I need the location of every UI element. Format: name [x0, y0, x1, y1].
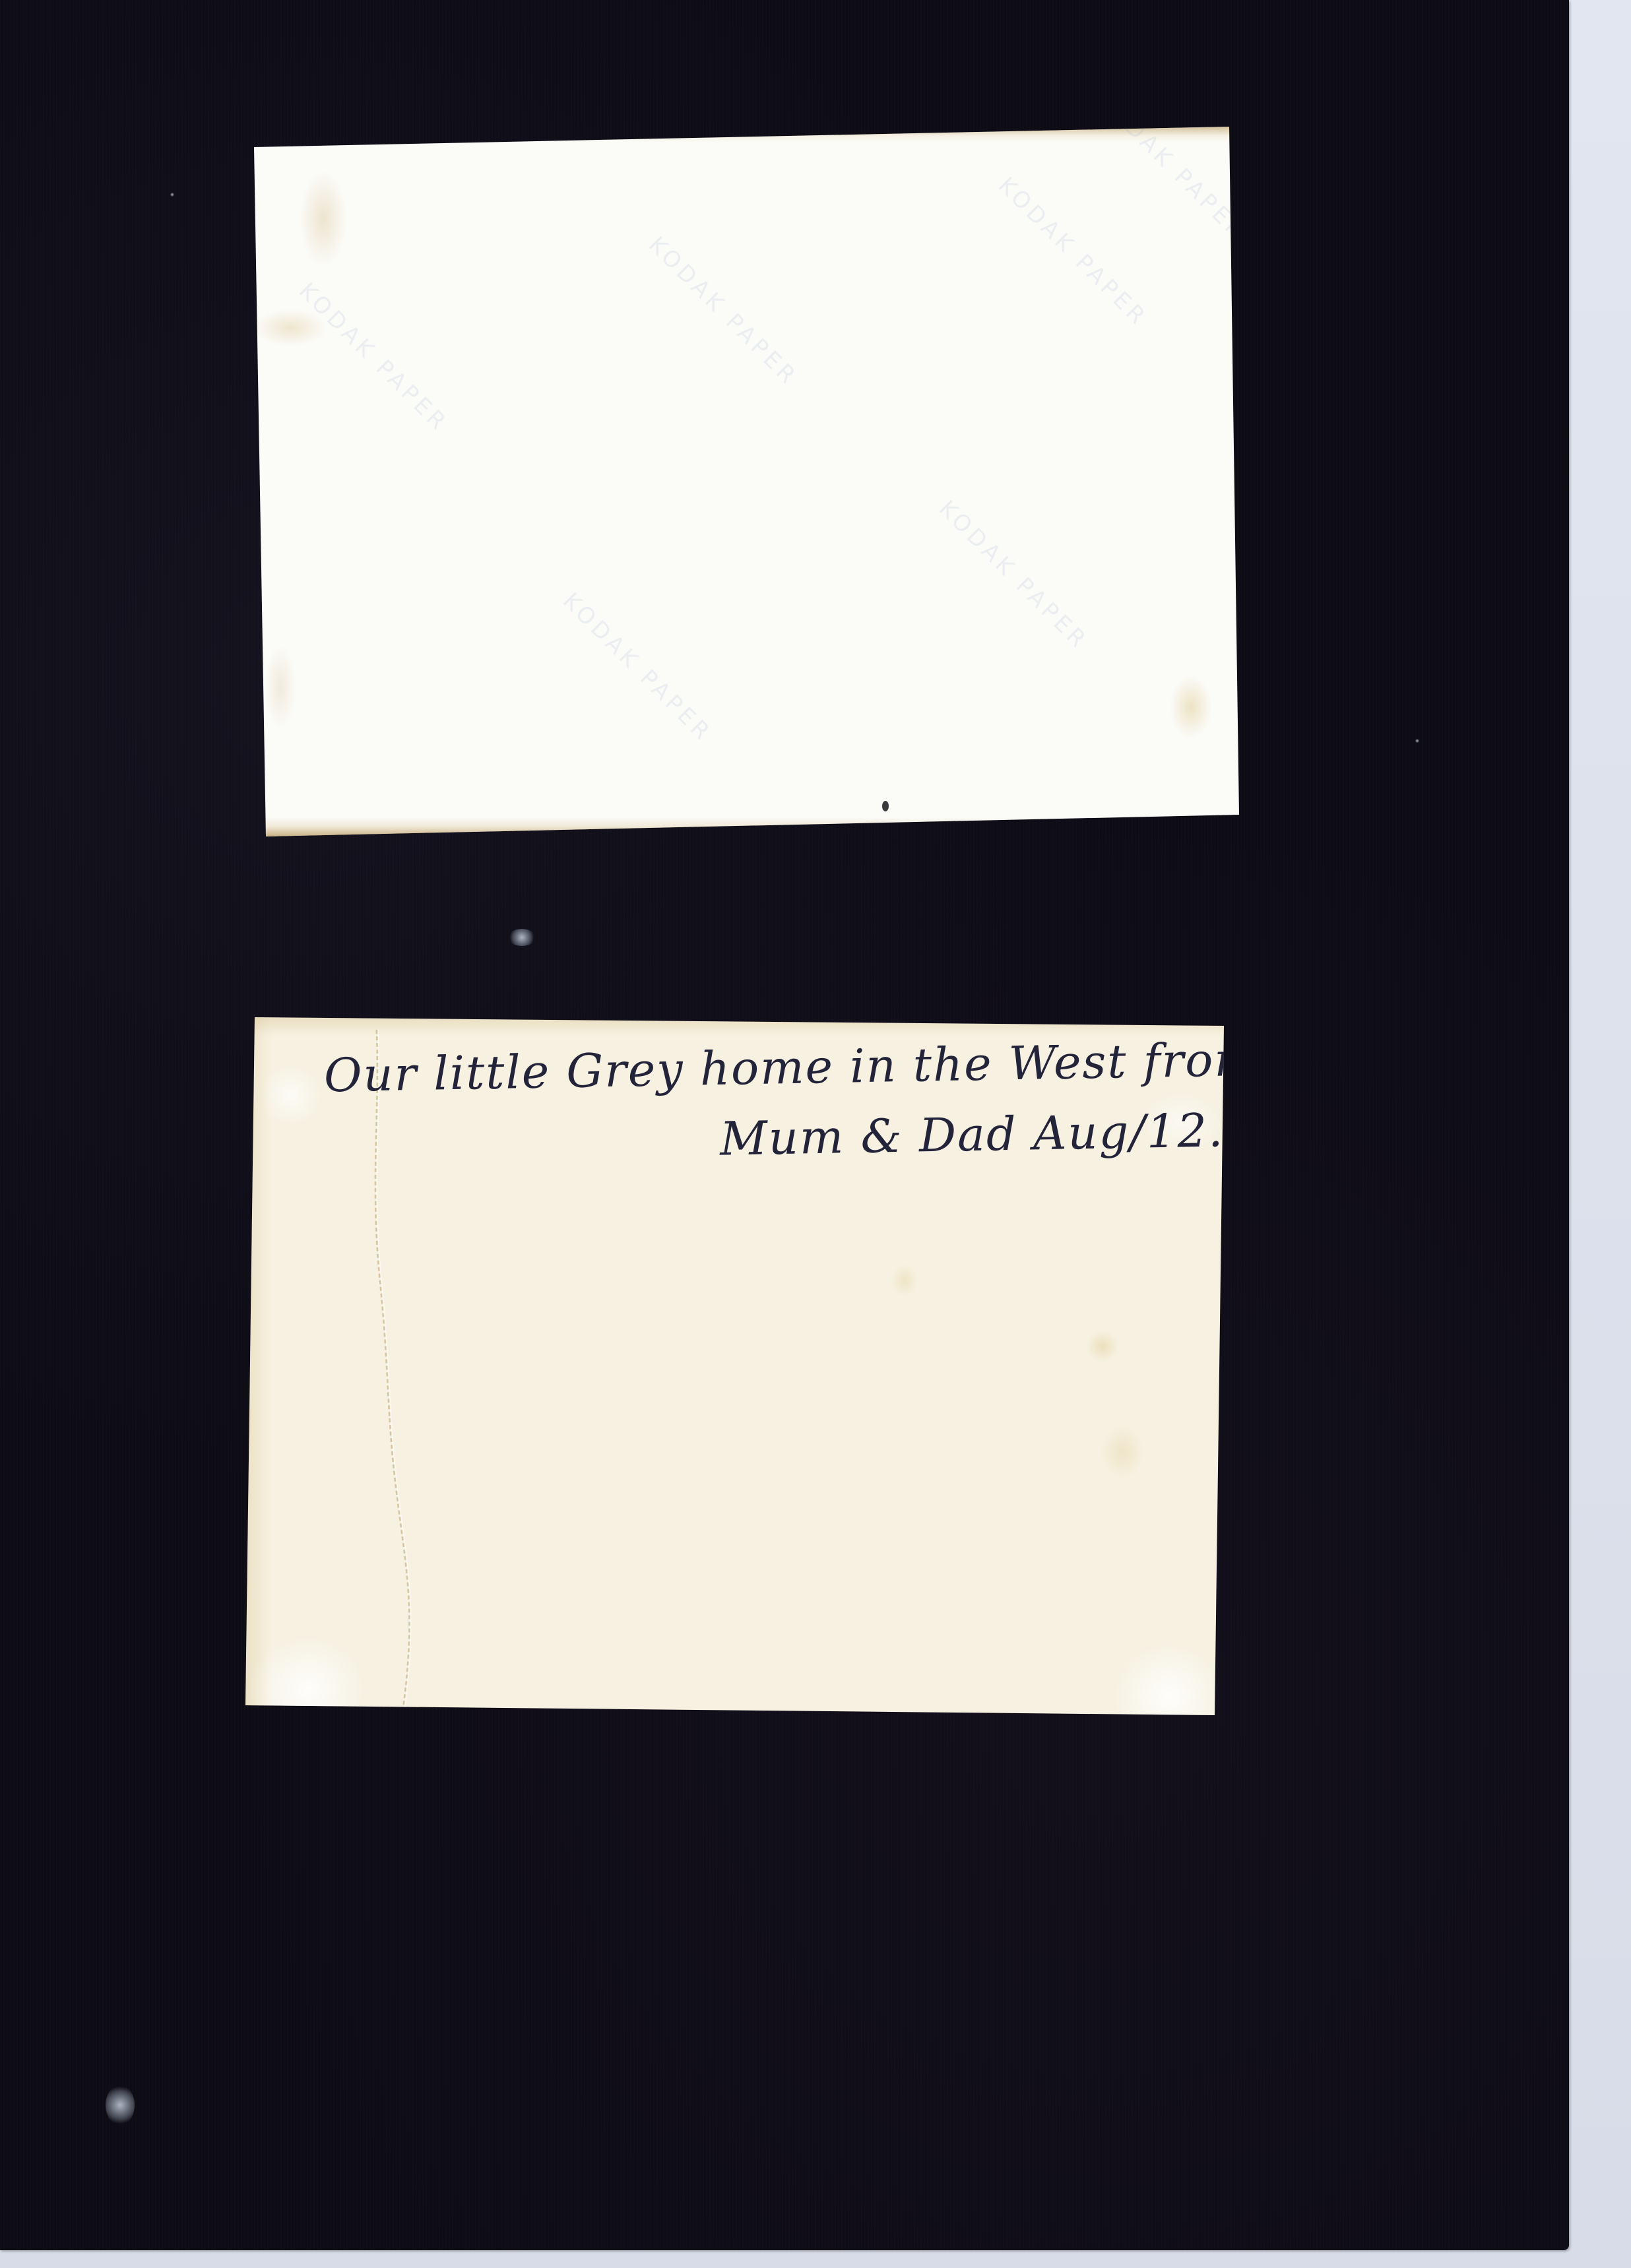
ink-spot — [882, 801, 889, 811]
kodak-paper-watermark: KODAK PAPER — [294, 278, 453, 437]
kodak-paper-watermark: KODAK PAPER — [558, 588, 717, 747]
kodak-paper-watermark: KODAK PAPER — [643, 232, 803, 391]
dust-speck — [106, 2085, 135, 2126]
inscription-line-2: Mum & Dad Aug/12. — [719, 1103, 1225, 1166]
inscription-line-1: Our little Grey home in the West from — [323, 1032, 1260, 1103]
dust-speck — [170, 193, 174, 197]
dust-speck — [508, 929, 536, 946]
photo-back-bottom: Our little Grey home in the West from Mu… — [245, 1017, 1225, 1717]
photo-back-top: KODAK PAPER KODAK PAPER KODAK PAPER KODA… — [254, 127, 1240, 837]
dust-speck — [1415, 739, 1419, 743]
kodak-paper-watermark: KODAK PAPER — [934, 495, 1093, 655]
kodak-paper-watermark: KODAK PAPER — [993, 172, 1153, 332]
